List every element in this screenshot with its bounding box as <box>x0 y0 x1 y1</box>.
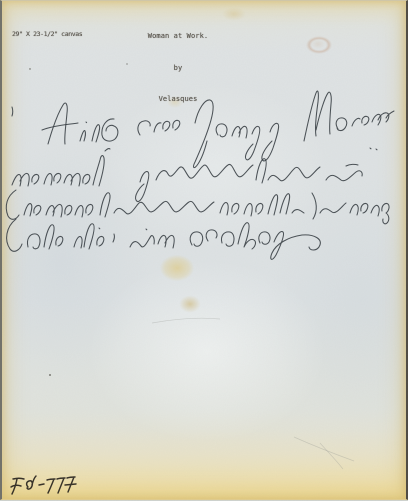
handwriting-line-1 <box>12 91 394 168</box>
paper-scratches <box>152 318 354 469</box>
photo-card-back: 29" X 23-1/2" canvas Woman at Work. by V… <box>0 0 408 500</box>
catalog-number <box>11 476 76 494</box>
handwritten-note <box>2 1 408 500</box>
handwriting-line-4 <box>7 219 321 259</box>
paper-specks <box>29 63 127 376</box>
handwriting-line-2 <box>12 149 362 202</box>
handwriting-line-3 <box>6 190 389 224</box>
